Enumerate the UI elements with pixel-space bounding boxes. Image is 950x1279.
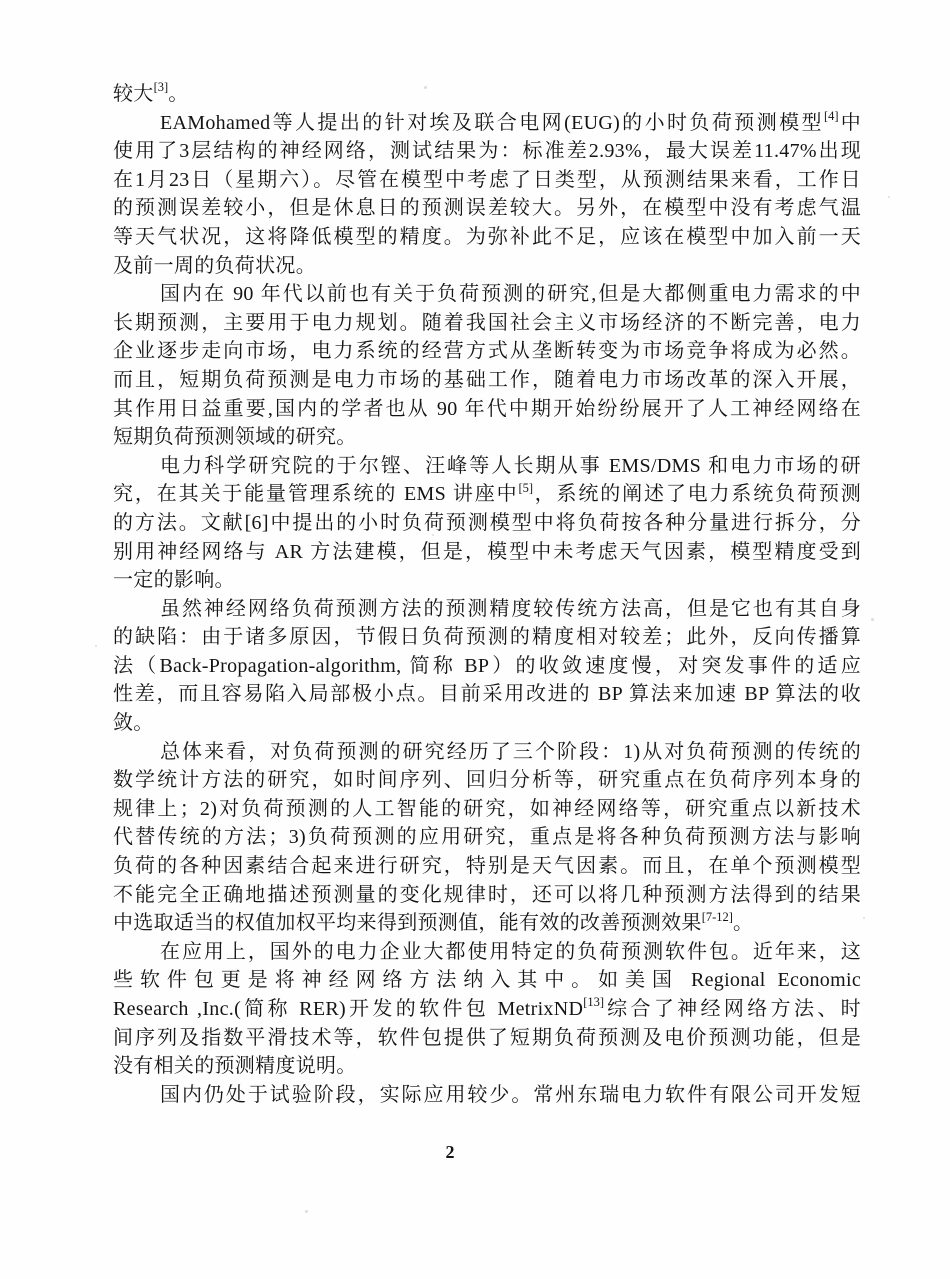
text-line: 及前一周的负荷状况。	[113, 252, 861, 281]
scan-speckle	[888, 196, 890, 198]
scan-speckle	[95, 645, 97, 647]
text-line: 电力科学研究院的于尔铿、汪峰等人长期从事 EMS/DMS 和电力市场的研	[113, 452, 861, 481]
text-line: 负荷的各种因素结合起来进行研究，特别是天气因素。而且，在单个预测模型	[113, 852, 861, 881]
text-line: 的方法。文献[6]中提出的小时负荷预测模型中将负荷按各种分量进行拆分，分	[113, 509, 861, 538]
text-line: 虽然神经网络负荷预测方法的预测精度较传统方法高，但是它也有其自身	[113, 595, 861, 624]
text-line: 中选取适当的权值加权平均来得到预测值，能有效的改善预测效果[7-12]。	[113, 909, 861, 938]
text-line: 在应用上，国外的电力企业大都使用特定的负荷预测软件包。近年来，这	[113, 938, 861, 967]
text-line: 别用神经网络与 AR 方法建模，但是，模型中未考虑天气因素，模型精度受到	[113, 538, 861, 567]
scan-speckle	[432, 534, 434, 536]
text-line: 其作用日益重要,国内的学者也从 90 年代中期开始纷纷展开了人工神经网络在	[113, 395, 861, 424]
text-line: 究，在其关于能量管理系统的 EMS 讲座中[5]，系统的阐述了电力系统负荷预测	[113, 480, 861, 509]
text-line: Research ,Inc.(简称 RER)开发的软件包 MetrixND[13…	[113, 995, 861, 1024]
text-line: 长期预测，主要用于电力规划。随着我国社会主义市场经济的不断完善，电力	[113, 309, 861, 338]
citation-ref: [3]	[154, 80, 169, 94]
citation-ref: [4]	[824, 109, 839, 123]
paragraph: 电力科学研究院的于尔铿、汪峰等人长期从事 EMS/DMS 和电力市场的研究，在其…	[113, 452, 861, 595]
text-line: 性差，而且容易陷入局部极小点。目前采用改进的 BP 算法来加速 BP 算法的收	[113, 680, 861, 709]
scan-speckle	[871, 618, 874, 621]
text-line: 代替传统的方法；3)负荷预测的应用研究，重点是将各种负荷预测方法与影响	[113, 823, 861, 852]
text-line: EAMohamed等人提出的针对埃及联合电网(EUG)的小时负荷预测模型[4]中	[113, 109, 861, 138]
text-line: 的预测误差较小，但是休息日的预测误差较大。另外，在模型中没有考虑气温	[113, 194, 861, 223]
paragraph: 总体来看，对负荷预测的研究经历了三个阶段：1)从对负荷预测的传统的数学统计方法的…	[113, 738, 861, 938]
text-line: 在1月23日（星期六）。尽管在模型中考虑了日类型，从预测结果来看，工作日	[113, 166, 861, 195]
text-line: 较大[3]。	[113, 80, 861, 109]
page-number: 2	[438, 1142, 462, 1163]
paragraph: 虽然神经网络负荷预测方法的预测精度较传统方法高，但是它也有其自身的缺陷：由于诸多…	[113, 595, 861, 738]
text-line: 些软件包更是将神经网络方法纳入其中。如美国 Regional Economic	[113, 966, 861, 995]
text-line: 没有相关的预测精度说明。	[113, 1052, 861, 1081]
text-line: 等天气状况，这将降低模型的精度。为弥补此不足，应该在模型中加入前一天	[113, 223, 861, 252]
document-page: 较大[3]。EAMohamed等人提出的针对埃及联合电网(EUG)的小时负荷预测…	[0, 0, 950, 1279]
text-line: 法（Back-Propagation-algorithm, 简称 BP）的收敛速…	[113, 652, 861, 681]
scan-speckle	[305, 1210, 308, 1213]
text-line: 敛。	[113, 709, 861, 738]
text-line: 数学统计方法的研究，如时间序列、回归分析等，研究重点在负荷序列本身的	[113, 766, 861, 795]
citation-ref: [5]	[519, 481, 534, 495]
scan-speckle	[424, 86, 427, 89]
scan-speckle	[863, 917, 865, 919]
text-line: 短期负荷预测领域的研究。	[113, 423, 861, 452]
paragraph: EAMohamed等人提出的针对埃及联合电网(EUG)的小时负荷预测模型[4]中…	[113, 109, 861, 281]
text-line: 而且，短期负荷预测是电力市场的基础工作，随着电力市场改革的深入开展，	[113, 366, 861, 395]
citation-ref: [13]	[583, 995, 604, 1009]
text-line: 使用了3层结构的神经网络，测试结果为：标准差2.93%，最大误差11.47%出现	[113, 137, 861, 166]
text-line: 国内仍处于试验阶段，实际应用较少。常州东瑞电力软件有限公司开发短	[113, 1081, 861, 1110]
text-line: 国内在 90 年代以前也有关于负荷预测的研究,但是大都侧重电力需求的中	[113, 280, 861, 309]
paragraph: 国内仍处于试验阶段，实际应用较少。常州东瑞电力软件有限公司开发短	[113, 1081, 861, 1110]
text-line: 企业逐步走向市场，电力系统的经营方式从垄断转变为市场竞争将成为必然。	[113, 337, 861, 366]
text-line: 规律上；2)对负荷预测的人工智能的研究，如神经网络等，研究重点以新技术	[113, 795, 861, 824]
text-line: 不能完全正确地描述预测量的变化规律时，还可以将几种预测方法得到的结果	[113, 881, 861, 910]
text-line: 一定的影响。	[113, 566, 861, 595]
scan-speckle	[748, 1046, 751, 1049]
paragraph: 在应用上，国外的电力企业大都使用特定的负荷预测软件包。近年来，这些软件包更是将神…	[113, 938, 861, 1081]
text-block: 较大[3]。EAMohamed等人提出的针对埃及联合电网(EUG)的小时负荷预测…	[113, 80, 861, 1109]
text-line: 总体来看，对负荷预测的研究经历了三个阶段：1)从对负荷预测的传统的	[113, 738, 861, 767]
paragraph: 较大[3]。	[113, 80, 861, 109]
citation-ref: [7-12]	[702, 910, 733, 924]
paragraph: 国内在 90 年代以前也有关于负荷预测的研究,但是大都侧重电力需求的中长期预测，…	[113, 280, 861, 452]
text-line: 的缺陷：由于诸多原因，节假日负荷预测的精度相对较差；此外，反向传播算	[113, 623, 861, 652]
